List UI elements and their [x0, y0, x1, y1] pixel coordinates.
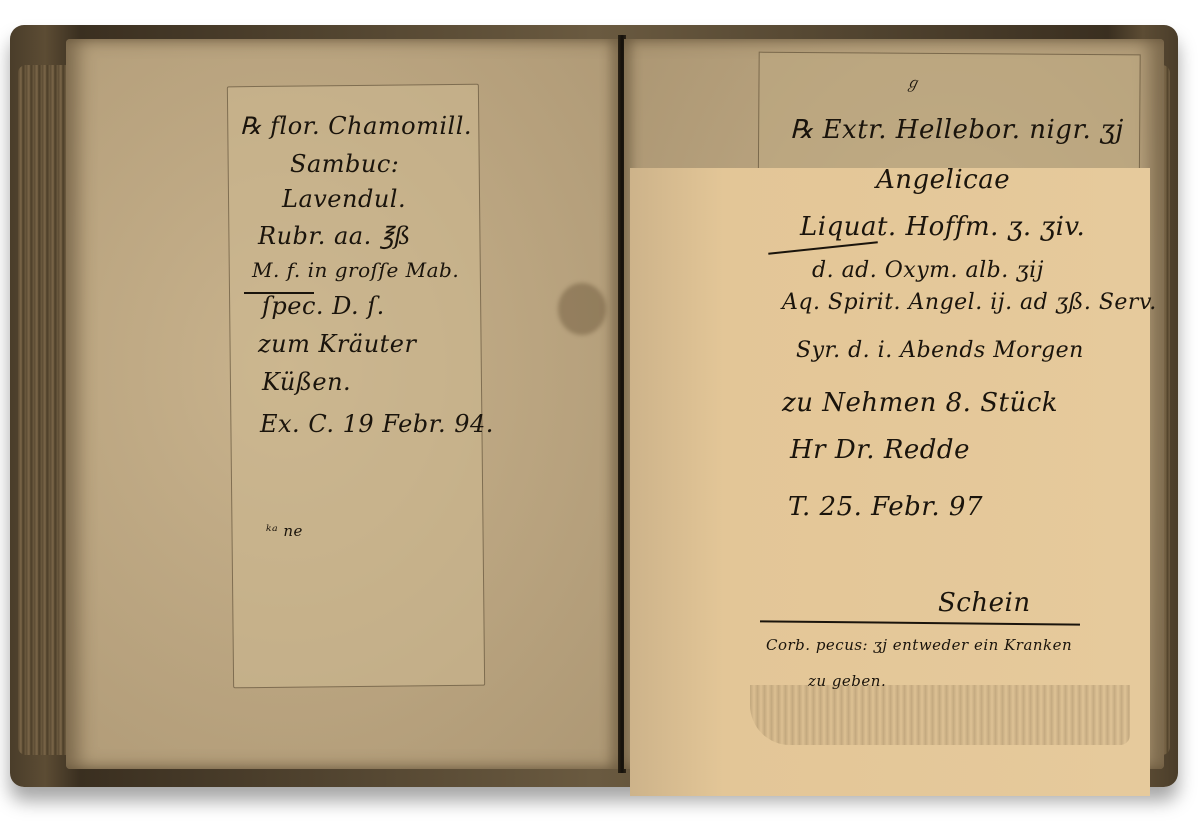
left-line-3: Lavendul.	[282, 185, 406, 213]
left-line-8: Küßen.	[262, 368, 351, 396]
left-line-5: M. f. in groſſe Mab.	[252, 258, 459, 282]
left-line-1: ℞ flor. Chamomill.	[240, 112, 472, 140]
stain-left-page	[558, 283, 606, 335]
book-edge-left	[18, 65, 66, 755]
left-line-4: Rubr. aa. ℥ß	[258, 222, 411, 250]
right-signature: Schein	[938, 588, 1031, 618]
left-line-9: Ex. C. 19 Febr. 94.	[260, 410, 494, 438]
right-line-2: Angelicae	[876, 165, 1010, 195]
right-line-1: ℞ Extr. Hellebor. nigr. ʒj	[790, 115, 1124, 145]
right-footer-line-1: Corb. pecus: ʒj entweder ein Kranken	[766, 636, 1072, 654]
bottom-smudge	[750, 685, 1130, 745]
right-line-9: T. 25. Febr. 97	[788, 492, 983, 522]
left-bottom-note: ᵏᵃ ne	[266, 522, 303, 540]
right-line-5: Aq. Spirit. Angel. ij. ad ʒß. Serv.	[782, 290, 1157, 315]
right-line-6: Syr. d. i. Abends Morgen	[796, 338, 1084, 363]
right-top-note: ℊ	[905, 72, 921, 93]
right-line-8: Hr Dr. Redde	[790, 435, 970, 465]
right-footer-line-2: zu geben.	[808, 672, 886, 690]
right-line-7: zu Nehmen 8. Stück	[782, 388, 1058, 418]
left-line-6: ſpec. D. ſ.	[262, 292, 385, 320]
left-strike-line	[244, 292, 314, 294]
right-line-4: d. ad. Oxym. alb. ʒij	[812, 258, 1044, 283]
right-line-3: Liquat. Hoffm. ʒ. ʒiv.	[800, 212, 1085, 242]
left-line-2: Sambuc:	[290, 150, 399, 178]
left-line-7: zum Kräuter	[258, 330, 416, 358]
